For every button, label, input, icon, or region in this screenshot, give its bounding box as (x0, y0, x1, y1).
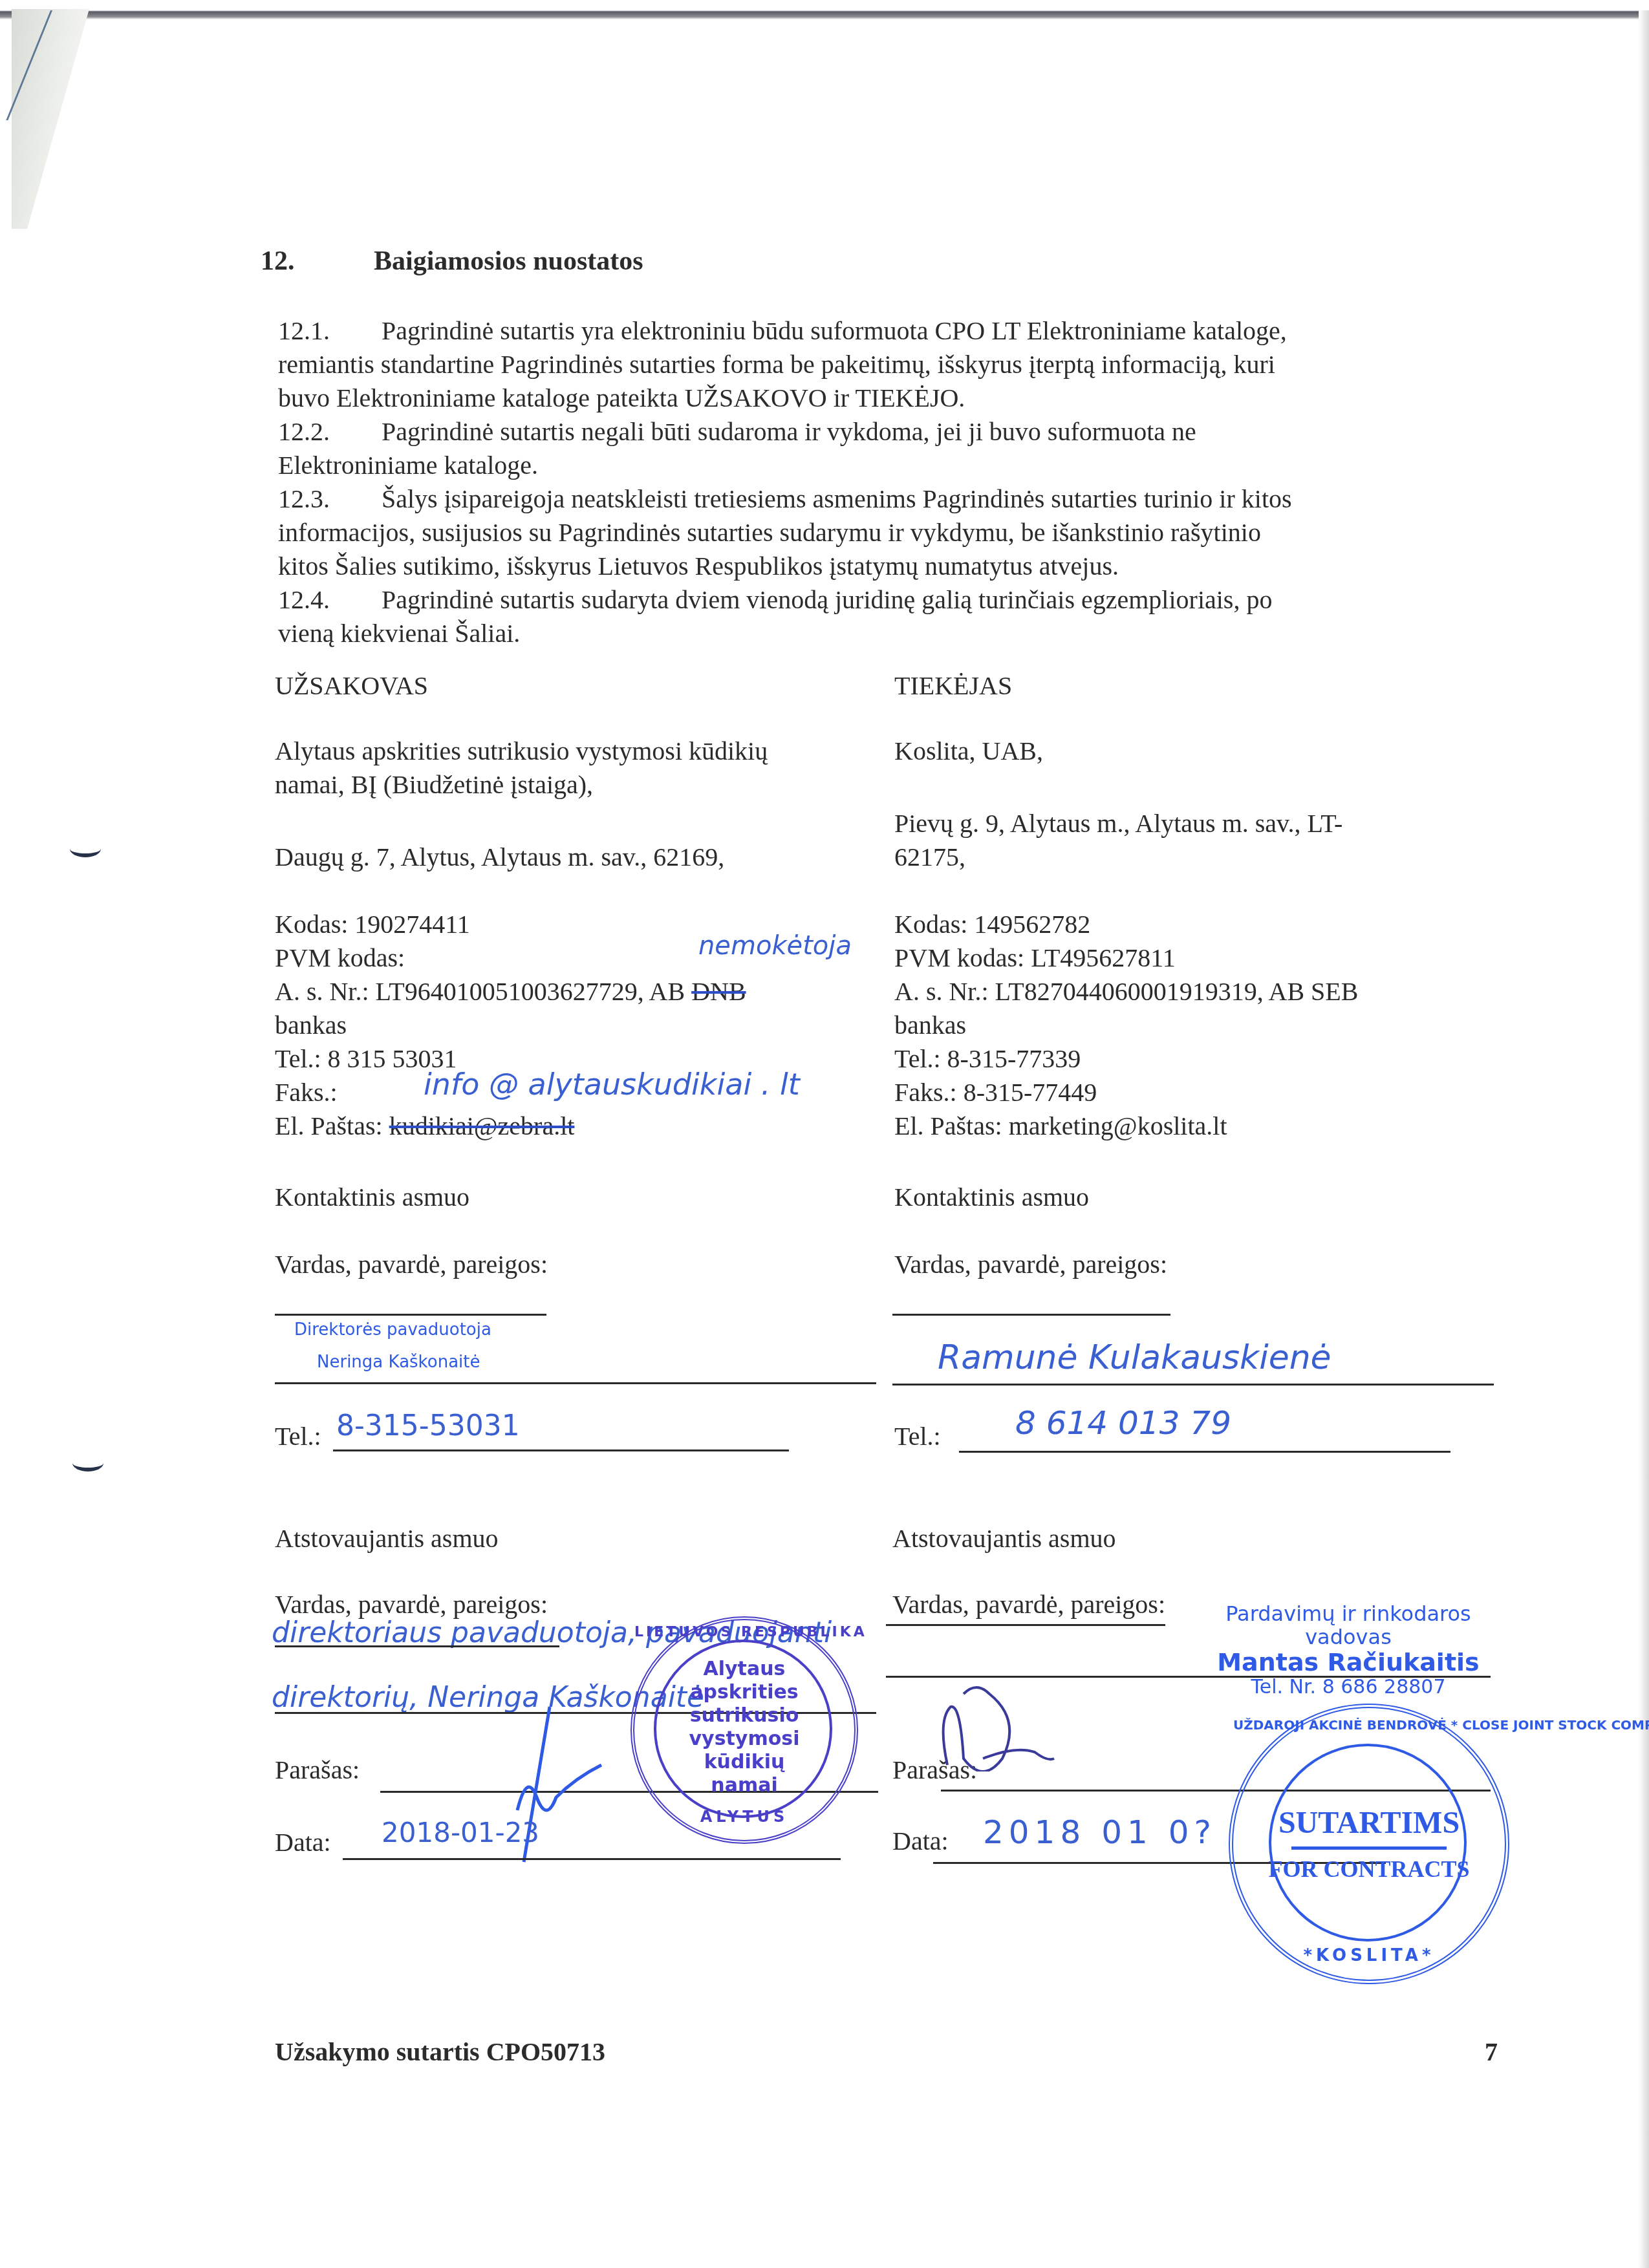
clause-number: 12.4. (278, 583, 330, 617)
supplier-seal-center-top: SUTARTIMS (1233, 1805, 1505, 1841)
customer-contact-name-label: Vardas, pavardė, pareigos: (275, 1248, 548, 1281)
customer-email-label: El. Paštas: (275, 1111, 389, 1140)
customer-contact-name-field[interactable] (275, 1382, 876, 1384)
supplier-seal-divider (1291, 1846, 1447, 1850)
supplier-account: A. s. Nr.: LT827044060001919319, AB SEB (894, 975, 1358, 1009)
binder-hole-mark (72, 1455, 103, 1471)
clause-number: 12.2. (278, 415, 330, 449)
supplier-rep-stamp: Pardavimų ir rinkodaros vadovas Mantas R… (1196, 1602, 1500, 1699)
customer-account: A. s. Nr.: LT964010051003627729, AB (275, 977, 691, 1006)
supplier-rep-name-label: Vardas, pavardė, pareigos: (892, 1588, 1165, 1621)
clause-text-line: Pagrindinė sutartis yra elektroniniu būd… (382, 314, 1287, 348)
supplier-vat: PVM kodas: LT495627811 (894, 941, 1176, 975)
clause-text-line: vieną kiekvienai Šaliai. (278, 617, 520, 650)
supplier-email: El. Paštas: marketing@koslita.lt (894, 1109, 1227, 1143)
supplier-signature-icon (938, 1681, 1067, 1771)
supplier-contact-tel-label: Tel.: (894, 1420, 941, 1453)
customer-rep-short-line (275, 1645, 559, 1647)
supplier-contact-heading: Kontaktinis asmuo (894, 1181, 1089, 1214)
clause-text-line: Pagrindinė sutartis sudaryta dviem vieno… (382, 583, 1272, 617)
customer-bank: bankas (275, 1009, 347, 1042)
supplier-seal-ring-bottom: *KOSLITA* (1233, 1946, 1505, 1965)
scan-edge-top (0, 0, 1649, 19)
customer-date-handwritten: 2018-01-23 (382, 1817, 539, 1848)
clause-text-line: informacijos, susijusios su Pagrindinės … (278, 516, 1261, 550)
customer-vat-label: PVM kodas: (275, 941, 405, 975)
footer-document-title: Užsakymo sutartis CPO50713 (275, 2037, 605, 2067)
supplier-contact-short-line (892, 1314, 1170, 1316)
section-number: 12. (261, 246, 295, 277)
supplier-contact-tel-field[interactable] (959, 1451, 1450, 1453)
supplier-rep-stamp-name: Mantas Račiukaitis (1196, 1649, 1500, 1676)
clause-text-line: buvo Elektroniniame kataloge pateikta UŽ… (278, 381, 965, 415)
supplier-address-line: 62175, (894, 840, 965, 874)
supplier-name: Koslita, UAB, (894, 734, 1043, 768)
footer-page-number: 7 (1485, 2037, 1498, 2067)
supplier-rep-heading: Atstovaujantis asmuo (892, 1522, 1116, 1556)
supplier-contact-name-field[interactable] (892, 1384, 1494, 1385)
customer-rep-heading: Atstovaujantis asmuo (275, 1522, 499, 1556)
customer-fax-label: Faks.: (275, 1076, 338, 1109)
binder-hole-mark (70, 840, 101, 857)
clause-text-line: Šalys įsipareigoja neatskleisti tretiesi… (382, 482, 1292, 516)
supplier-fax: Faks.: 8-315-77449 (894, 1076, 1097, 1109)
customer-seal-ring-top: LIETUVOS RESPUBLIKA (634, 1624, 854, 1640)
section-title: Baigiamosios nuostatos (374, 246, 643, 277)
supplier-seal-center-bottom: FOR CONTRACTS (1233, 1856, 1505, 1883)
customer-seal-center: Alytaus apskrities sutrikusio vystymosi … (634, 1658, 854, 1797)
supplier-address-line: Pievų g. 9, Alytaus m., Alytaus m. sav.,… (894, 807, 1342, 840)
supplier-bank: bankas (894, 1009, 966, 1042)
customer-contact-stamp-title: Direktorės pavaduotoja (294, 1320, 491, 1340)
customer-contact-stamp-name: Neringa Kaškonaitė (317, 1353, 480, 1372)
supplier-contact-name-label: Vardas, pavardė, pareigos: (894, 1248, 1167, 1281)
customer-name-line: namai, BĮ (Biudžetinė įstaiga), (275, 768, 593, 802)
customer-seal: LIETUVOS RESPUBLIKA Alytaus apskrities s… (630, 1616, 858, 1844)
customer-signature-label: Parašas: (275, 1753, 360, 1787)
supplier-seal-ring: UŽDAROJI AKCINĖ BENDROVĖ * CLOSE JOINT S… (1233, 1717, 1505, 1733)
supplier-rep-stamp-title: Pardavimų ir rinkodaros (1196, 1602, 1500, 1625)
customer-contact-tel-label: Tel.: (275, 1420, 321, 1453)
customer-date-label: Data: (275, 1826, 331, 1859)
customer-address: Daugų g. 7, Alytus, Alytaus m. sav., 621… (275, 840, 724, 874)
customer-email-struck: kudikiai@zebra.lt (389, 1111, 575, 1140)
supplier-rep-stamp-tel: Tel. Nr. 8 686 28807 (1196, 1676, 1500, 1699)
supplier-seal: UŽDAROJI AKCINĖ BENDROVĖ * CLOSE JOINT S… (1229, 1704, 1509, 1984)
customer-seal-ring-bottom: ALYTUS (634, 1808, 854, 1826)
supplier-role: TIEKĖJAS (894, 669, 1012, 703)
supplier-date-handwritten: 2018 01 0? (983, 1813, 1216, 1851)
paper-fold-corner (12, 9, 89, 229)
clause-number: 12.1. (278, 314, 330, 348)
clause-text-line: Pagrindinė sutartis negali būti sudaroma… (382, 415, 1196, 449)
supplier-contact-handwritten: Ramunė Kulakauskienė (938, 1338, 1331, 1377)
customer-bank-struck: DNB (691, 977, 746, 1006)
customer-code: Kodas: 190274411 (275, 908, 470, 941)
supplier-code: Kodas: 149562782 (894, 908, 1090, 941)
supplier-date-label: Data: (892, 1824, 949, 1858)
customer-name-line: Alytaus apskrities sutrikusio vystymosi … (275, 734, 768, 768)
customer-contact-tel-field[interactable] (333, 1450, 789, 1451)
clause-text-line: Elektroniniame kataloge. (278, 449, 538, 482)
supplier-contact-tel-handwritten: 8 614 013 79 (1015, 1404, 1231, 1442)
supplier-rep-name-field[interactable] (886, 1676, 1491, 1678)
clause-number: 12.3. (278, 482, 330, 516)
scan-edge-right (1639, 10, 1649, 2268)
customer-role: UŽSAKOVAS (275, 669, 428, 703)
clause-text-line: remiantis standartine Pagrindinės sutart… (278, 348, 1275, 381)
customer-contact-short-line (275, 1314, 546, 1316)
supplier-rep-stamp-title2: vadovas (1196, 1625, 1500, 1649)
clause-text-line: kitos Šalies sutikimo, išskyrus Lietuvos… (278, 550, 1119, 583)
customer-vat-handwritten: nemokėtoja (698, 931, 852, 961)
supplier-rep-short-line (886, 1624, 1165, 1626)
customer-contact-tel-handwritten: 8-315-53031 (336, 1409, 520, 1442)
customer-email-handwritten: info @ alytauskudikiai . lt (424, 1067, 800, 1102)
customer-date-field[interactable] (343, 1858, 841, 1860)
customer-contact-heading: Kontaktinis asmuo (275, 1181, 469, 1214)
supplier-tel: Tel.: 8-315-77339 (894, 1042, 1081, 1076)
